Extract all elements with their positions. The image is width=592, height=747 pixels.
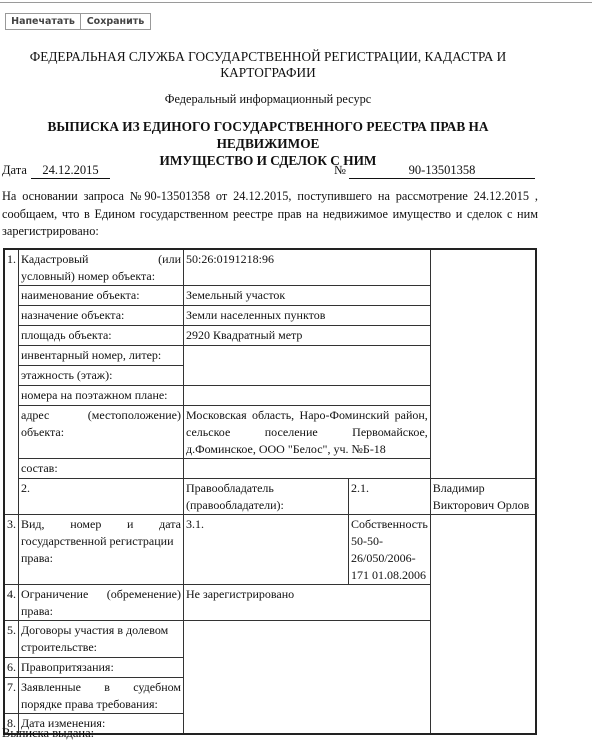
table-row-rightholder: 2. Правообладатель (правообладатели): 2.…	[4, 479, 536, 515]
intro-paragraph: На основании запроса №90-13501358 от 24.…	[2, 188, 538, 241]
rightholder-value: Владимир Викторович Орлов	[430, 479, 536, 515]
court-claims-label: Заявленныевсудебном порядке права требов…	[19, 678, 184, 714]
sub-number: 2.1.	[349, 479, 431, 515]
label-part: условный) номер объекта:	[21, 268, 181, 285]
row-value	[184, 346, 431, 386]
label-part: (местоположение)	[88, 407, 181, 424]
table-row: назначение объекта: Земли населенных пун…	[4, 306, 536, 326]
row-value: 2920 Квадратный метр	[184, 326, 431, 346]
table-row-address: адрес(местоположение) объекта: Московска…	[4, 406, 536, 459]
issued-label: Выписка выдана:	[2, 726, 94, 741]
row-label: назначение объекта:	[19, 306, 184, 326]
title-line-1: ВЫПИСКА ИЗ ЕДИНОГО ГОСУДАРСТВЕННОГО РЕЕС…	[0, 118, 536, 152]
table-row: состав:	[4, 459, 536, 479]
label-part: номер	[70, 516, 101, 533]
agency-name: ФЕДЕРАЛЬНАЯ СЛУЖБА ГОСУДАРСТВЕННОЙ РЕГИС…	[0, 49, 536, 81]
registration-label: Вид,номеридата государственной регистрац…	[19, 515, 184, 585]
label-part: Кадастровый	[21, 251, 88, 268]
registration-value: Собственность 50-50-26/050/2006-171 01.0…	[349, 515, 431, 585]
number-label: №	[334, 163, 346, 178]
empty-values-cell	[184, 621, 431, 734]
section-number: 5.	[4, 621, 19, 658]
date-number-line: Дата 24.12.2015 № 90-13501358	[0, 160, 540, 180]
save-button[interactable]: Сохранить	[80, 13, 151, 30]
section-number: 4.	[4, 585, 19, 621]
table-row: номера на поэтажном плане:	[4, 386, 536, 406]
cadastral-value: 50:26:0191218:96	[184, 249, 431, 286]
row-value: Земельный участок	[184, 286, 431, 306]
cadastral-label: Кадастровый(или условный) номер объекта:	[19, 249, 184, 286]
claims-label: Правопритязания:	[19, 658, 184, 678]
section-number: 7.	[4, 678, 19, 714]
section-number: 3.	[4, 515, 19, 585]
row-label: этажность (этаж):	[19, 366, 184, 386]
label-part: дата	[159, 516, 181, 533]
table-row-shared-construction: 5. Договоры участия в долевом строительс…	[4, 621, 536, 658]
number-value: 90-13501358	[349, 163, 535, 179]
table-row: инвентарный номер, литер:	[4, 346, 536, 366]
address-label: адрес(местоположение) объекта:	[19, 406, 184, 459]
label-part: (обременение)	[107, 586, 181, 603]
resource-label: Федеральный информационный ресурс	[0, 92, 536, 107]
extract-table: 1. Кадастровый(или условный) номер объек…	[3, 248, 537, 735]
row-label: инвентарный номер, литер:	[19, 346, 184, 366]
table-row: наименование объекта: Земельный участок	[4, 286, 536, 306]
table-row-encumbrance: 4. Ограничение(обременение) права: Не за…	[4, 585, 536, 621]
table-row-registration: 3. Вид,номеридата государственной регист…	[4, 515, 536, 585]
section-number: 1.	[4, 249, 19, 515]
section-number: 6.	[4, 658, 19, 678]
label-part: права:	[21, 603, 181, 620]
label-part: Ограничение	[21, 586, 88, 603]
table-row: площадь объекта: 2920 Квадратный метр	[4, 326, 536, 346]
agency-line-1: ФЕДЕРАЛЬНАЯ СЛУЖБА ГОСУДАРСТВЕННОЙ РЕГИС…	[0, 49, 536, 65]
label-part: государственной регистрации права:	[21, 533, 181, 567]
date-label: Дата	[2, 163, 27, 178]
section-number: 2.	[19, 479, 184, 515]
sub-number: 3.1.	[184, 515, 349, 585]
row-value: Земли населенных пунктов	[184, 306, 431, 326]
table-row-cadastral: 1. Кадастровый(или условный) номер объек…	[4, 249, 536, 286]
toolbar: Напечатать Сохранить	[5, 13, 151, 30]
label-part: и	[127, 516, 133, 533]
agency-line-2: КАРТОГРАФИИ	[0, 65, 536, 81]
composition-value	[184, 459, 431, 479]
label-part: (или	[158, 251, 181, 268]
row-label: площадь объекта:	[19, 326, 184, 346]
print-button[interactable]: Напечатать	[5, 13, 81, 30]
label-part: Вид,	[21, 516, 45, 533]
date-value: 24.12.2015	[31, 163, 110, 179]
label-part: судебном	[133, 679, 181, 696]
row-label: наименование объекта:	[19, 286, 184, 306]
address-value: Московская область, Наро-Фоминский район…	[184, 406, 431, 459]
label-part: порядке права требования:	[21, 696, 181, 713]
label-part: адрес	[21, 407, 49, 424]
label-part: объекта:	[21, 424, 181, 441]
top-divider	[0, 2, 592, 3]
composition-label: состав:	[19, 459, 184, 479]
shared-construction-label: Договоры участия в долевом строительстве…	[19, 621, 184, 658]
label-part: в	[104, 679, 110, 696]
encumbrance-label: Ограничение(обременение) права:	[19, 585, 184, 621]
row-label: номера на поэтажном плане:	[19, 386, 184, 406]
label-part: Заявленные	[21, 679, 81, 696]
encumbrance-value: Не зарегистрировано	[184, 585, 431, 621]
rightholder-label: Правообладатель (правообладатели):	[184, 479, 349, 515]
row-value	[184, 386, 431, 406]
